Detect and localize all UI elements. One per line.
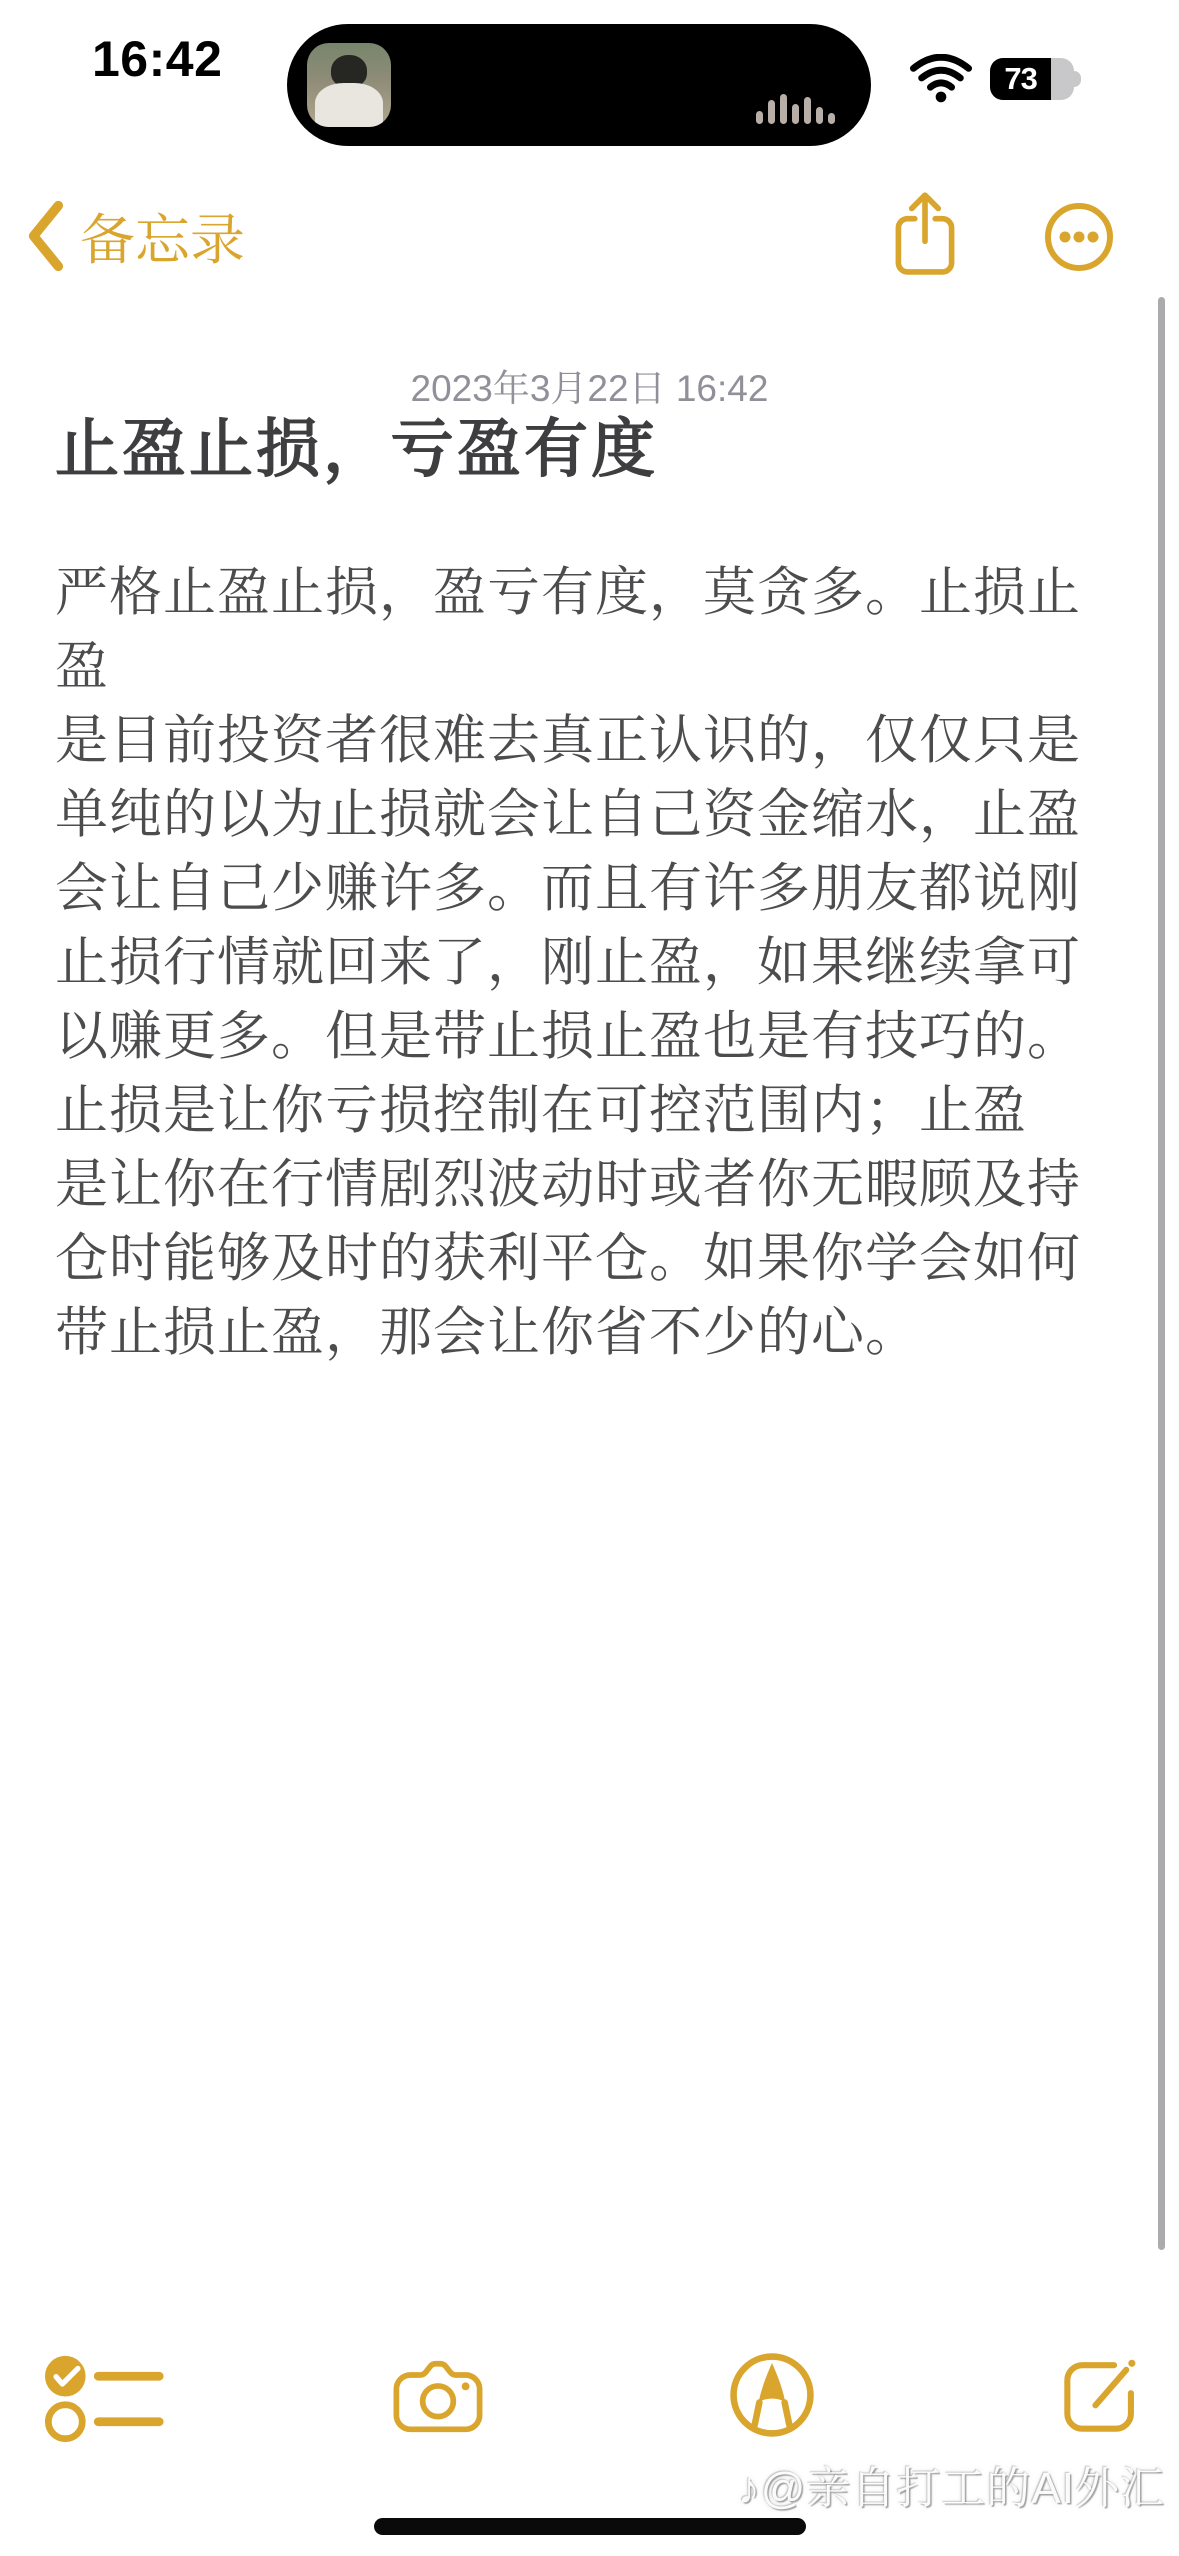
share-button[interactable] [893, 188, 957, 281]
audio-waveform-icon [756, 90, 835, 124]
checklist-icon [42, 2352, 168, 2444]
scrollbar[interactable] [1158, 297, 1165, 2250]
camera-icon [392, 2356, 484, 2436]
more-options-button[interactable] [1044, 202, 1114, 277]
dynamic-island[interactable] [287, 24, 871, 146]
home-indicator[interactable] [374, 2518, 806, 2535]
back-button-label: 备忘录 [80, 196, 245, 275]
compose-icon [1058, 2350, 1144, 2442]
note-title[interactable]: 止盈止损，亏盈有度 [55, 398, 658, 490]
status-time: 16:42 [92, 30, 222, 88]
status-right-cluster: 73 [910, 54, 1081, 104]
battery-nub [1074, 71, 1081, 87]
wifi-icon [910, 54, 972, 104]
chevron-left-icon [26, 198, 64, 274]
compose-button[interactable] [1058, 2350, 1144, 2447]
markup-pen-icon [727, 2348, 817, 2442]
markup-button[interactable] [727, 2348, 817, 2447]
checklist-button[interactable] [42, 2352, 168, 2449]
back-button[interactable]: 备忘录 [26, 196, 245, 275]
camera-button[interactable] [392, 2356, 484, 2441]
ellipsis-circle-icon [1044, 202, 1114, 272]
photo-person-shirt [315, 83, 383, 127]
battery-percent: 73 [990, 58, 1051, 100]
live-activity-photo-thumbnail [307, 43, 391, 127]
note-body[interactable]: 严格止盈止损，盈亏有度，莫贪多。止损止 盈 是目前投资者很难去真正认识的，仅仅只… [55, 556, 1135, 1370]
share-icon [893, 188, 957, 276]
battery-indicator: 73 [990, 58, 1081, 100]
watermark: ♪@亲自打工的AI外汇 [738, 2452, 1165, 2516]
